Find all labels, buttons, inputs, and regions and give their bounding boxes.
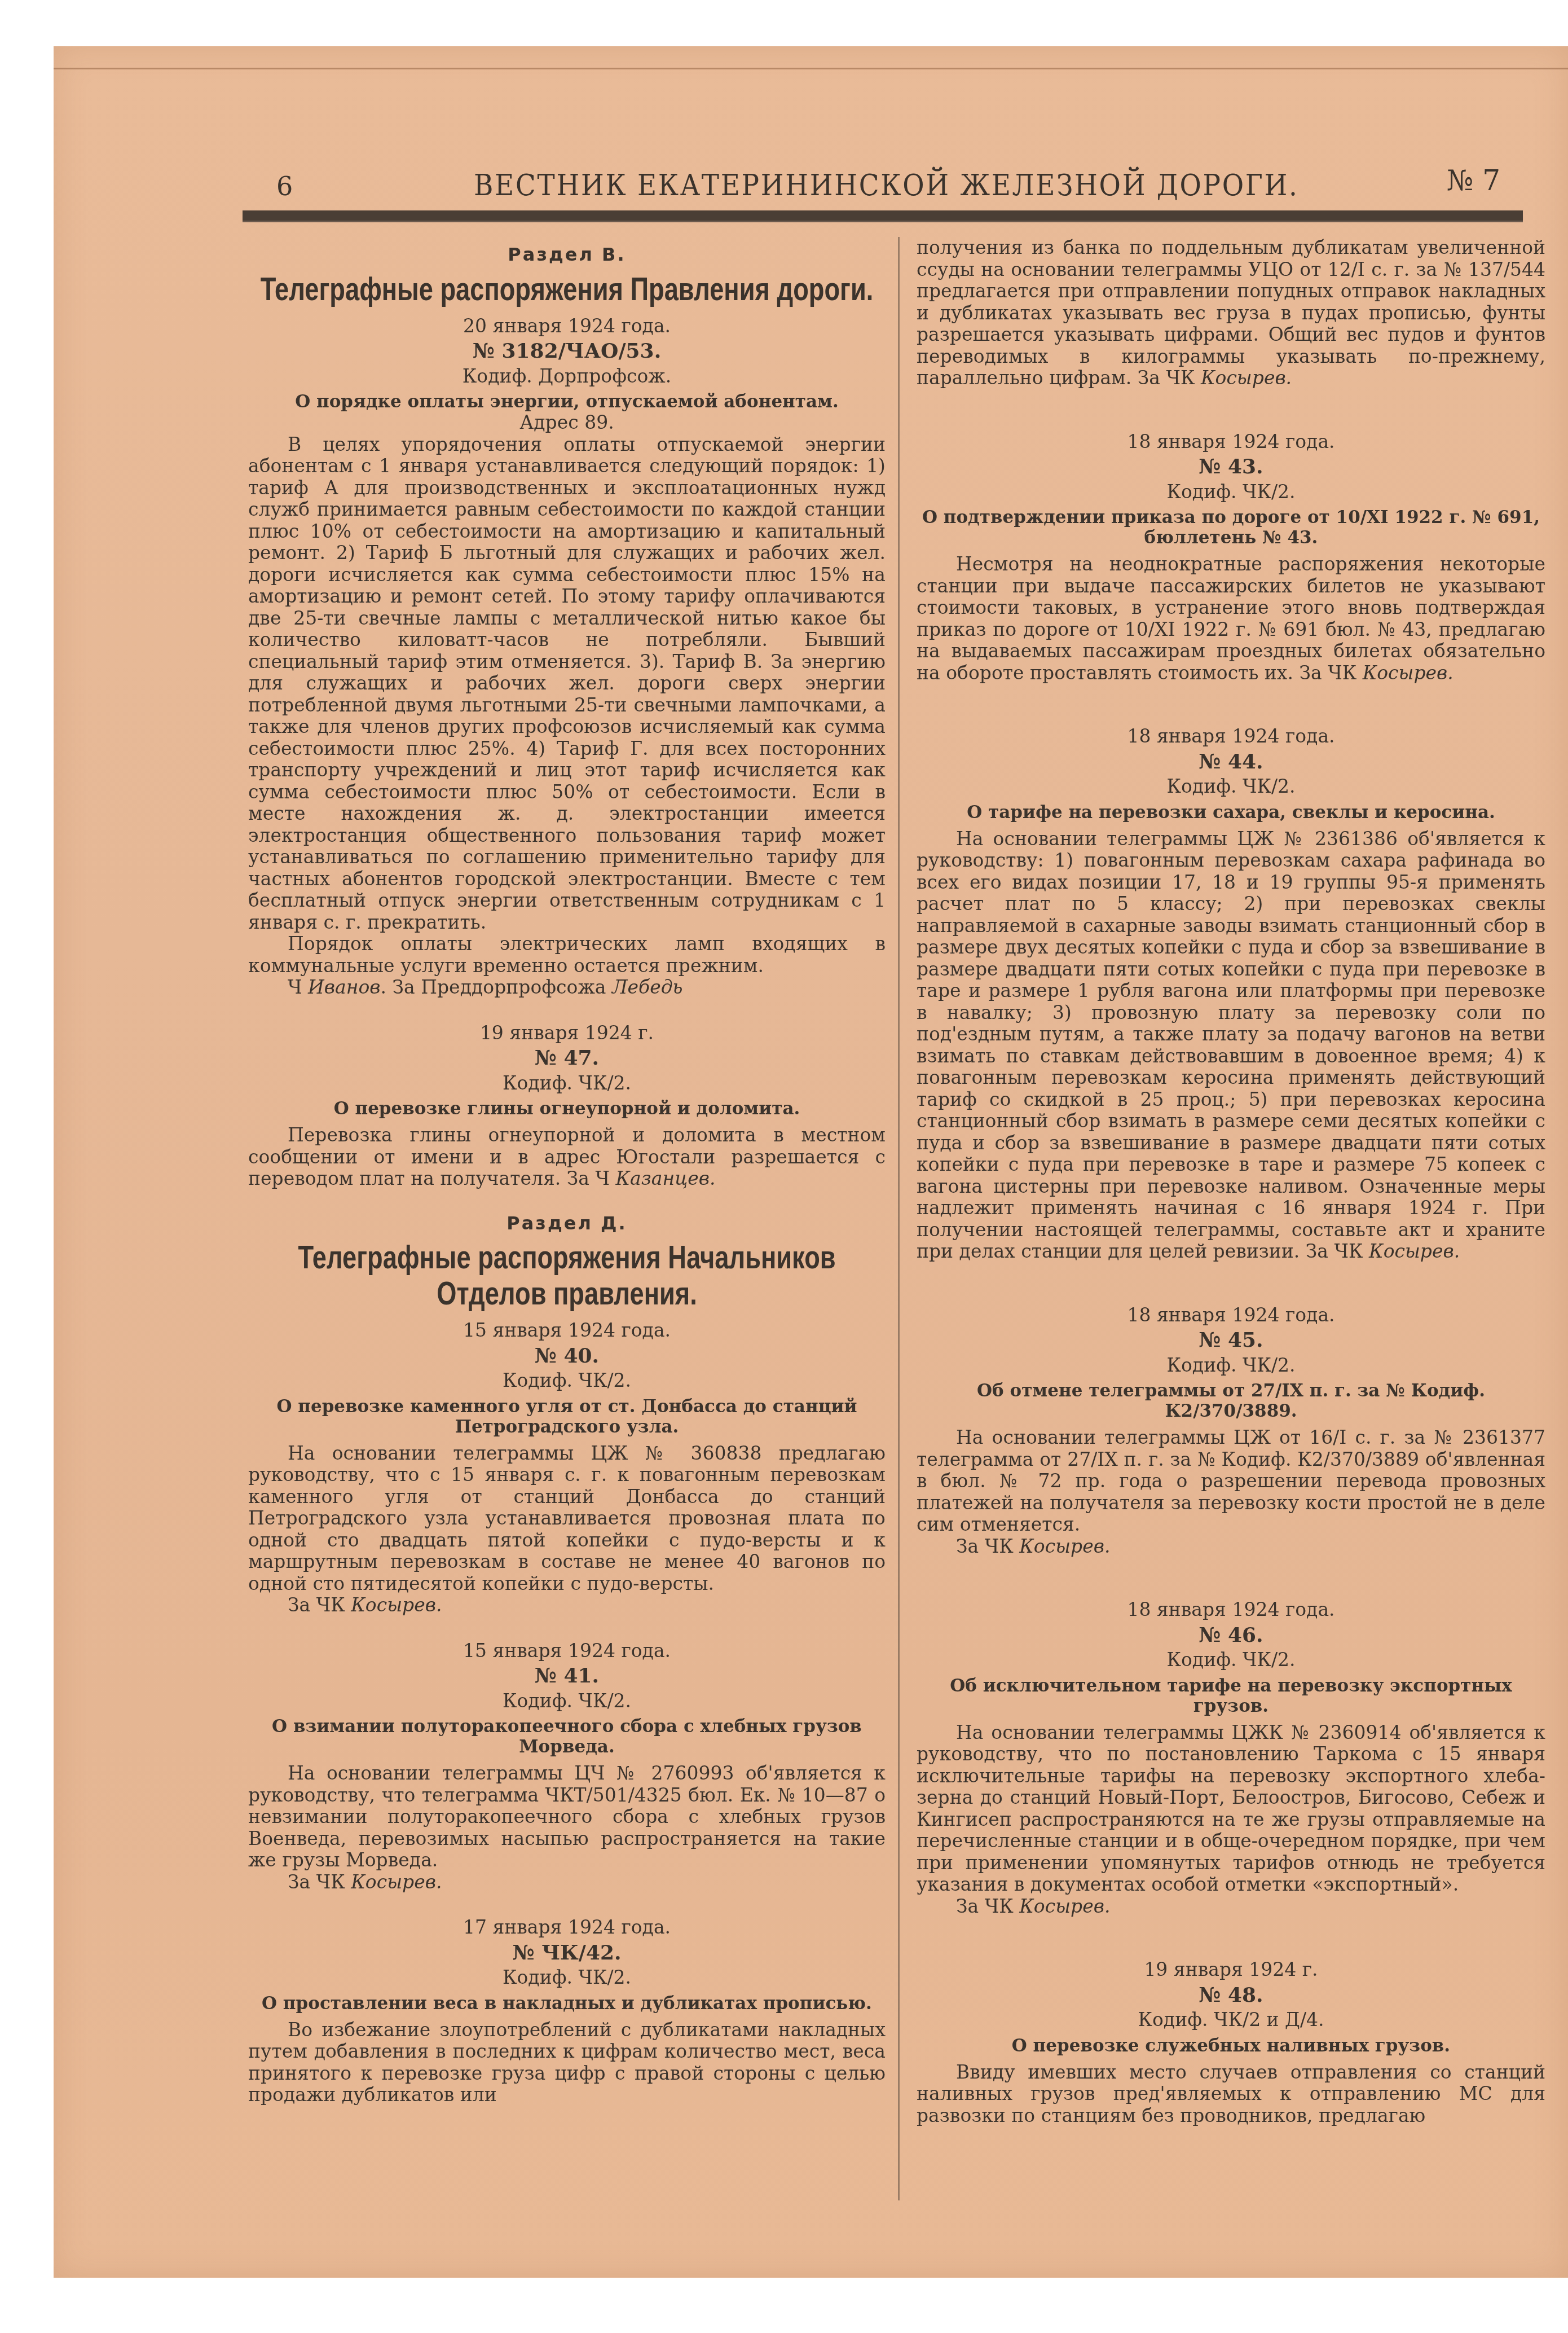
- order: 15 января 1924 года. № 41. Кодиф. ЧК/2. …: [248, 1640, 886, 1893]
- section-label: Раздел В.: [248, 244, 886, 266]
- order-body: Несмотря на неоднократные распоряжения н…: [917, 553, 1545, 684]
- order-date: 17 января 1924 года.: [248, 1917, 886, 1939]
- order-address: Адрес 89.: [248, 412, 886, 434]
- order-number: № ЧК/42.: [248, 1942, 886, 1964]
- order: 18 января 1924 года. № 46. Кодиф. ЧК/2. …: [917, 1599, 1545, 1917]
- order-body: Порядок оплаты электрических ламп входящ…: [248, 933, 886, 977]
- order-kodif: Кодиф. Дорпрофсож.: [248, 366, 886, 388]
- order-subject: О перевозке каменного угля от ст. Донбас…: [248, 1396, 886, 1437]
- order-subject: О подтверждении приказа по дороге от 10/…: [917, 507, 1545, 548]
- order-kodif: Кодиф. ЧК/2 и Д/4.: [917, 2009, 1545, 2031]
- order-body: На основании телеграммы ЦЧ № 2760993 об'…: [248, 1763, 886, 1871]
- order-number: № 3182/ЧАО/53.: [248, 340, 886, 362]
- order-number: № 40.: [248, 1345, 886, 1367]
- right-column: получения из банка по поддельным дублика…: [917, 237, 1545, 2126]
- order-kodif: Кодиф. ЧК/2.: [917, 1649, 1545, 1671]
- order-kodif: Кодиф. ЧК/2.: [248, 1967, 886, 1989]
- order-number: № 41.: [248, 1665, 886, 1687]
- order-date: 20 января 1924 года.: [248, 315, 886, 337]
- page-header: 6 ВЕСТНИК ЕКАТЕРИНИНСКОЙ ЖЕЛЕЗНОЙ ДОРОГИ…: [243, 161, 1523, 223]
- order-body: На основании телеграммы ЦЖ № 2361386 об'…: [917, 828, 1545, 1263]
- order-body: Перевозка глины огнеупорной и доломита в…: [248, 1124, 886, 1190]
- order-subject: О перевозке глины огнеупорной и доломита…: [248, 1099, 886, 1119]
- order-body: В целях упорядочения оплаты отпускаемой …: [248, 434, 886, 934]
- order-kodif: Кодиф. ЧК/2.: [248, 1690, 886, 1712]
- continued-body: получения из банка по поддельным дублика…: [917, 237, 1545, 389]
- order-date: 15 января 1924 года.: [248, 1320, 886, 1342]
- order-kodif: Кодиф. ЧК/2.: [917, 776, 1545, 798]
- order-date: 18 января 1924 года.: [917, 726, 1545, 748]
- order-subject: Об отмене телеграммы от 27/IX п. г. за №…: [917, 1381, 1545, 1421]
- section-title: Телеграфные распоряжения Правления дорог…: [252, 271, 881, 307]
- order-number: № 45.: [917, 1329, 1545, 1351]
- order-kodif: Кодиф. ЧК/2.: [248, 1073, 886, 1095]
- order-subject: О взимании полуторакопеечного сбора с хл…: [248, 1716, 886, 1757]
- order: 19 января 1924 г. № 47. Кодиф. ЧК/2. О п…: [248, 1022, 886, 1190]
- section-label: Раздел Д.: [248, 1212, 886, 1234]
- page-number: 6: [276, 171, 293, 201]
- order-body: На основании телеграммы ЦЖ от 16/I с. г.…: [917, 1427, 1545, 1536]
- order-number: № 47.: [248, 1047, 886, 1069]
- order-body: Во избежание злоупотреблений с дубликата…: [248, 2019, 886, 2106]
- order-kodif: Кодиф. ЧК/2.: [917, 1355, 1545, 1377]
- order-number: № 43.: [917, 456, 1545, 478]
- order-number: № 44.: [917, 751, 1545, 773]
- order-signature: За ЧК Косырев.: [917, 1536, 1545, 1558]
- section-title: Телеграфные распоряжения Начальников Отд…: [252, 1240, 881, 1312]
- order-body: Ввиду имевших место случаев отправления …: [917, 2062, 1545, 2127]
- order-date: 19 января 1924 г.: [917, 1959, 1545, 1981]
- order-date: 19 января 1924 г.: [248, 1022, 886, 1044]
- order: 17 января 1924 года. № ЧК/42. Кодиф. ЧК/…: [248, 1917, 886, 2106]
- order-body: На основании телеграммы ЦЖ № 360838 пред…: [248, 1443, 886, 1595]
- order-signature: За ЧК Косырев.: [248, 1871, 886, 1893]
- order-date: 15 января 1924 года.: [248, 1640, 886, 1662]
- order: 18 января 1924 года. № 45. Кодиф. ЧК/2. …: [917, 1304, 1545, 1558]
- newspaper-title: ВЕСТНИК ЕКАТЕРИНИНСКОЙ ЖЕЛЕЗНОЙ ДОРОГИ.: [474, 169, 1299, 203]
- order-signature: Ч Иванов. За Преддорпрофсожа Лебедь: [248, 977, 886, 999]
- order-kodif: Кодиф. ЧК/2.: [248, 1370, 886, 1392]
- order-subject: О перевозке служебных наливных грузов.: [917, 2036, 1545, 2056]
- order-date: 18 января 1924 года.: [917, 1599, 1545, 1621]
- order-number: № 46.: [917, 1624, 1545, 1646]
- order-subject: О тарифе на перевозки сахара, свеклы и к…: [917, 802, 1545, 823]
- order: 18 января 1924 года. № 44. Кодиф. ЧК/2. …: [917, 726, 1545, 1263]
- order: 18 января 1924 года. № 43. Кодиф. ЧК/2. …: [917, 431, 1545, 684]
- header-rule: [243, 210, 1523, 222]
- left-column: Раздел В. Телеграфные распоряжения Правл…: [248, 237, 886, 2106]
- order: 19 января 1924 г. № 48. Кодиф. ЧК/2 и Д/…: [917, 1959, 1545, 2126]
- order-signature: За ЧК Косырев.: [248, 1594, 886, 1616]
- order: 15 января 1924 года. № 40. Кодиф. ЧК/2. …: [248, 1320, 886, 1616]
- order-subject: О порядке оплаты энергии, отпускаемой аб…: [248, 392, 886, 412]
- column-divider: [898, 237, 900, 2200]
- order-signature: За ЧК Косырев.: [917, 1896, 1545, 1918]
- order-date: 18 января 1924 года.: [917, 431, 1545, 453]
- issue-number: № 7: [1447, 164, 1500, 197]
- order-subject: Об исключительном тарифе на перевозку эк…: [917, 1676, 1545, 1716]
- order-date: 18 января 1924 года.: [917, 1304, 1545, 1326]
- order-subject: О проставлении веса в накладных и дублик…: [248, 1993, 886, 2014]
- order-body: На основании телеграммы ЦЖК № 2360914 об…: [917, 1722, 1545, 1896]
- order-number: № 48.: [917, 1984, 1545, 2006]
- order: 20 января 1924 года. № 3182/ЧАО/53. Коди…: [248, 315, 886, 999]
- order-kodif: Кодиф. ЧК/2.: [917, 481, 1545, 503]
